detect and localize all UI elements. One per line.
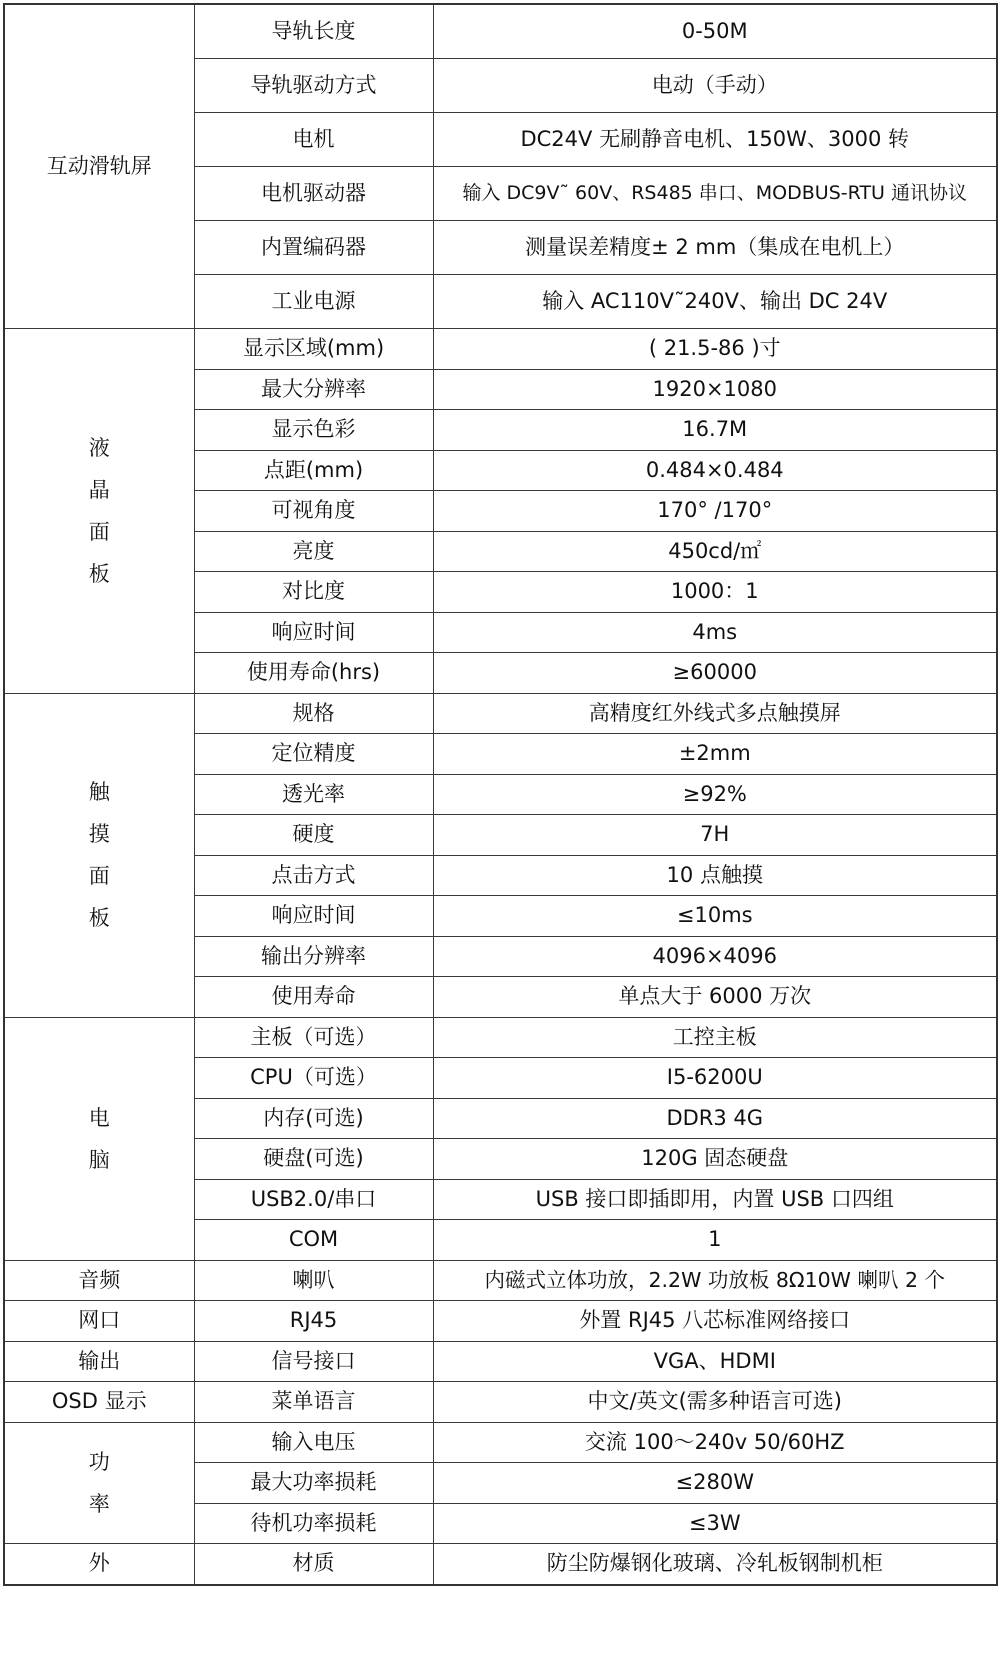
category-char: 摸 <box>9 813 190 855</box>
param-cell: 对比度 <box>194 572 433 613</box>
value-cell: 输入 DC9V˜ 60V、RS485 串口、MODBUS-RTU 通讯协议 <box>433 167 997 221</box>
param-cell: 响应时间 <box>194 896 433 937</box>
table-row: 触 摸 面 板 规格 高精度红外线式多点触摸屏 <box>4 693 997 734</box>
value-cell: 单点大于 6000 万次 <box>433 977 997 1018</box>
table-row: 外 材质 防尘防爆钢化玻璃、冷轧板钢制机柜 <box>4 1544 997 1585</box>
param-cell: 可视角度 <box>194 491 433 532</box>
param-cell: 信号接口 <box>194 1341 433 1382</box>
param-cell: 材质 <box>194 1544 433 1585</box>
value-cell: 工控主板 <box>433 1017 997 1058</box>
category-char: 触 <box>9 771 190 813</box>
param-cell: 透光率 <box>194 774 433 815</box>
value-cell: ≥60000 <box>433 653 997 694</box>
value-cell: DC24V 无刷静音电机、150W、3000 转 <box>433 113 997 167</box>
value-cell: 高精度红外线式多点触摸屏 <box>433 693 997 734</box>
param-cell: 使用寿命 <box>194 977 433 1018</box>
value-cell: 16.7M <box>433 410 997 451</box>
value-cell: 0-50M <box>433 4 997 59</box>
param-cell: USB2.0/串口 <box>194 1179 433 1220</box>
table-row: 音频 喇叭 内磁式立体功放，2.2W 功放板 8Ω10W 喇叭 2 个 <box>4 1260 997 1301</box>
param-cell: 工业电源 <box>194 275 433 329</box>
value-cell: 电动（手动） <box>433 59 997 113</box>
param-cell: 电机驱动器 <box>194 167 433 221</box>
value-cell: 1 <box>433 1220 997 1261</box>
value-cell: DDR3 4G <box>433 1098 997 1139</box>
param-cell: CPU（可选） <box>194 1058 433 1099</box>
param-cell: 定位精度 <box>194 734 433 775</box>
param-cell: 显示区域(mm) <box>194 329 433 370</box>
value-cell: 120G 固态硬盘 <box>433 1139 997 1180</box>
param-cell: 内置编码器 <box>194 221 433 275</box>
param-cell: 导轨驱动方式 <box>194 59 433 113</box>
category-cell: 网口 <box>4 1301 194 1342</box>
param-cell: 电机 <box>194 113 433 167</box>
param-cell: 内存(可选) <box>194 1098 433 1139</box>
param-cell: 响应时间 <box>194 612 433 653</box>
param-cell: 菜单语言 <box>194 1382 433 1423</box>
category-cell: 音频 <box>4 1260 194 1301</box>
value-cell: 450cd/㎡ <box>433 531 997 572</box>
param-cell: 规格 <box>194 693 433 734</box>
param-cell: 最大功率损耗 <box>194 1463 433 1504</box>
value-cell: 内磁式立体功放，2.2W 功放板 8Ω10W 喇叭 2 个 <box>433 1260 997 1301</box>
param-cell: 点击方式 <box>194 855 433 896</box>
param-cell: 输入电压 <box>194 1422 433 1463</box>
param-cell: RJ45 <box>194 1301 433 1342</box>
category-char: 电 <box>9 1097 190 1139</box>
category-char: 晶 <box>9 469 190 511</box>
category-cell: 输出 <box>4 1341 194 1382</box>
category-char: 脑 <box>9 1139 190 1181</box>
value-cell: 170° /170° <box>433 491 997 532</box>
value-cell: 0.484×0.484 <box>433 450 997 491</box>
category-cell: 电 脑 <box>4 1017 194 1260</box>
value-cell: 10 点触摸 <box>433 855 997 896</box>
category-cell: 功 率 <box>4 1422 194 1544</box>
value-cell: 测量误差精度± 2 mm（集成在电机上） <box>433 221 997 275</box>
param-cell: 喇叭 <box>194 1260 433 1301</box>
value-cell: ±2mm <box>433 734 997 775</box>
category-cell: 互动滑轨屏 <box>4 4 194 329</box>
table-row: 网口 RJ45 外置 RJ45 八芯标准网络接口 <box>4 1301 997 1342</box>
param-cell: 输出分辨率 <box>194 936 433 977</box>
table-row: 液 晶 面 板 显示区域(mm) ( 21.5-86 )寸 <box>4 329 997 370</box>
table-row: 功 率 输入电压 交流 100～240v 50/60HZ <box>4 1422 997 1463</box>
param-cell: 硬盘(可选) <box>194 1139 433 1180</box>
category-char: 液 <box>9 427 190 469</box>
param-cell: 导轨长度 <box>194 4 433 59</box>
table-row: 输出 信号接口 VGA、HDMI <box>4 1341 997 1382</box>
param-cell: 点距(mm) <box>194 450 433 491</box>
table-row: OSD 显示 菜单语言 中文/英文(需多种语言可选) <box>4 1382 997 1423</box>
param-cell: 显示色彩 <box>194 410 433 451</box>
spec-table: 互动滑轨屏 导轨长度 0-50M 导轨驱动方式 电动（手动） 电机 DC24V … <box>3 3 998 1586</box>
param-cell: 硬度 <box>194 815 433 856</box>
value-cell: 中文/英文(需多种语言可选) <box>433 1382 997 1423</box>
value-cell: ≤3W <box>433 1503 997 1544</box>
category-char: 面 <box>9 855 190 897</box>
value-cell: 1000：1 <box>433 572 997 613</box>
param-cell: 主板（可选） <box>194 1017 433 1058</box>
value-cell: 外置 RJ45 八芯标准网络接口 <box>433 1301 997 1342</box>
category-char: 率 <box>9 1483 190 1525</box>
table-row: 互动滑轨屏 导轨长度 0-50M <box>4 4 997 59</box>
value-cell: 4ms <box>433 612 997 653</box>
value-cell: ( 21.5-86 )寸 <box>433 329 997 370</box>
category-cell: 液 晶 面 板 <box>4 329 194 694</box>
value-cell: VGA、HDMI <box>433 1341 997 1382</box>
param-cell: 使用寿命(hrs) <box>194 653 433 694</box>
value-cell: 输入 AC110V˜240V、输出 DC 24V <box>433 275 997 329</box>
value-cell: I5-6200U <box>433 1058 997 1099</box>
value-cell: 7H <box>433 815 997 856</box>
value-cell: 4096×4096 <box>433 936 997 977</box>
value-cell: USB 接口即插即用，内置 USB 口四组 <box>433 1179 997 1220</box>
value-cell: 防尘防爆钢化玻璃、冷轧板钢制机柜 <box>433 1544 997 1585</box>
table-row: 电 脑 主板（可选） 工控主板 <box>4 1017 997 1058</box>
category-cell: 外 <box>4 1544 194 1585</box>
category-char: 板 <box>9 897 190 939</box>
value-cell: 交流 100～240v 50/60HZ <box>433 1422 997 1463</box>
param-cell: COM <box>194 1220 433 1261</box>
value-cell: ≤10ms <box>433 896 997 937</box>
category-char: 面 <box>9 511 190 553</box>
param-cell: 待机功率损耗 <box>194 1503 433 1544</box>
category-cell: 触 摸 面 板 <box>4 693 194 1017</box>
category-char: 板 <box>9 553 190 595</box>
param-cell: 最大分辨率 <box>194 369 433 410</box>
value-cell: ≤280W <box>433 1463 997 1504</box>
value-cell: 1920×1080 <box>433 369 997 410</box>
value-cell: ≥92% <box>433 774 997 815</box>
category-char: 功 <box>9 1441 190 1483</box>
param-cell: 亮度 <box>194 531 433 572</box>
category-cell: OSD 显示 <box>4 1382 194 1423</box>
